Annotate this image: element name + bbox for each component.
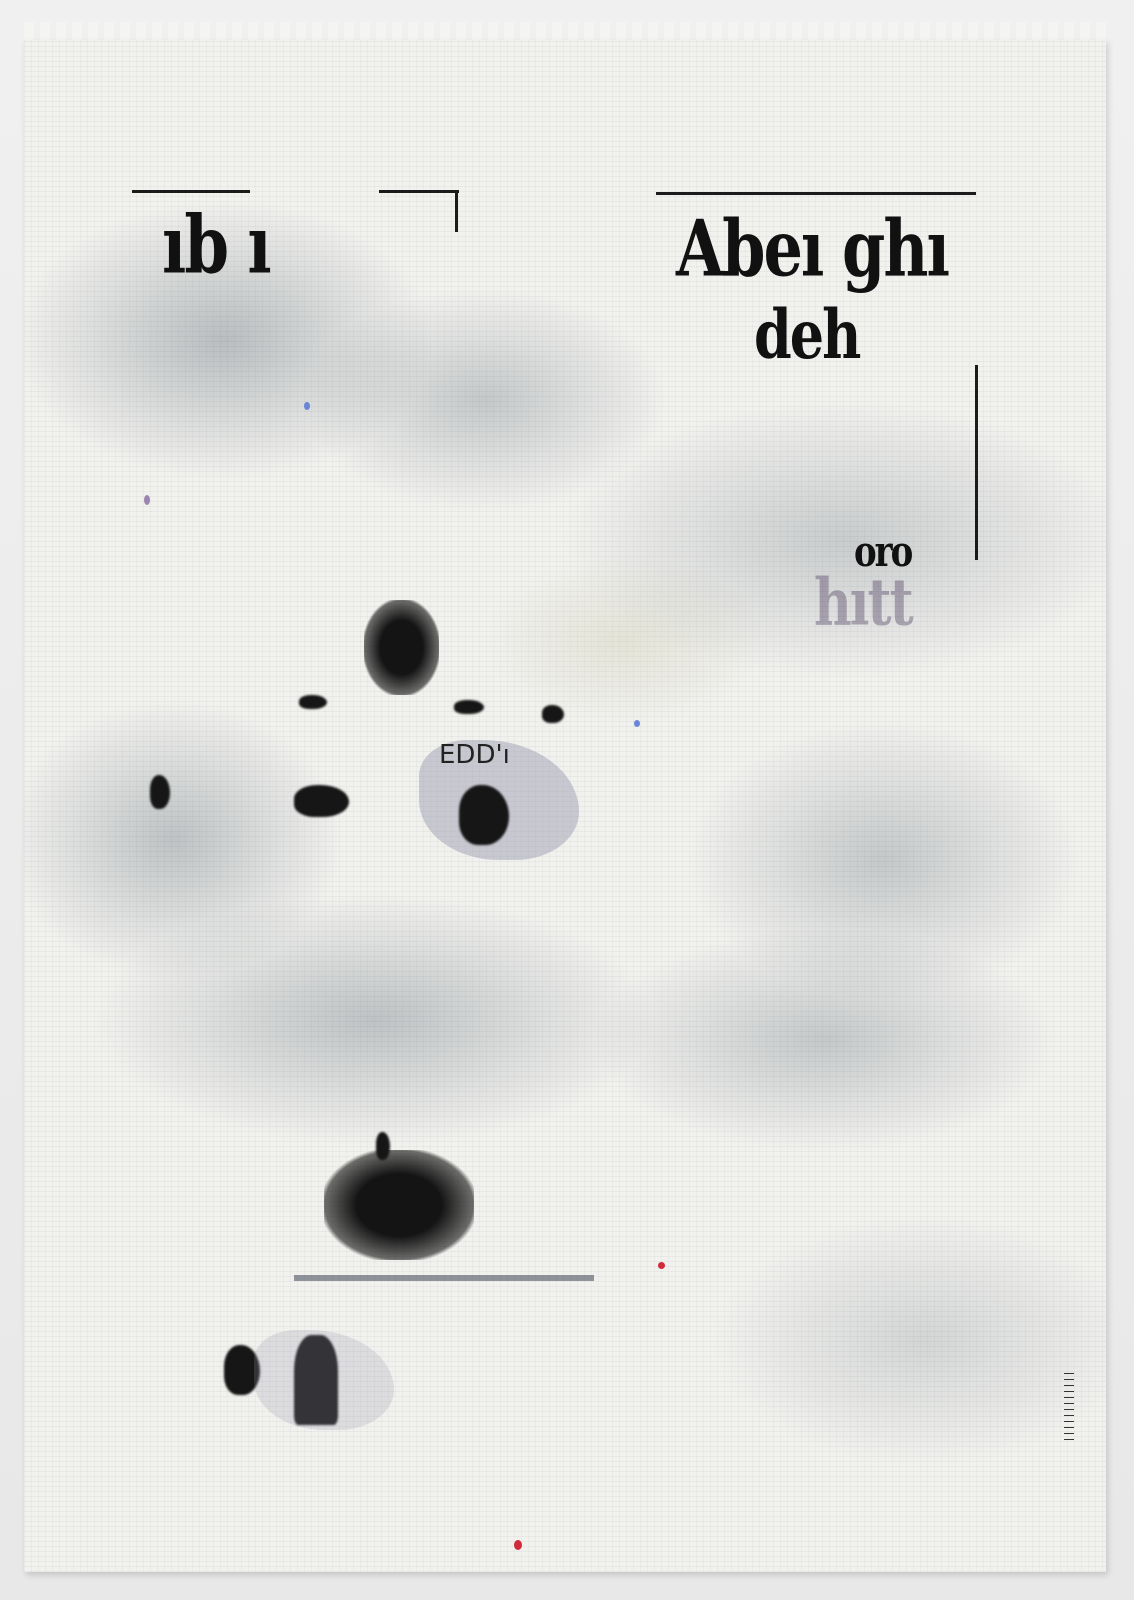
- ink-blob: [150, 775, 170, 809]
- blackletter-faded: hıtt: [814, 564, 912, 640]
- red-fleck: [658, 1262, 665, 1269]
- ink-blob: [454, 700, 484, 714]
- violet-fleck: [144, 495, 150, 505]
- graffiti-text: EDD'ı: [439, 740, 510, 770]
- red-fleck: [514, 1540, 522, 1550]
- photo-scrap-lower: [254, 1330, 394, 1430]
- blackletter-left: ıb ı: [162, 199, 270, 293]
- frame-vrule-right: [975, 365, 978, 560]
- blue-fleck: [304, 402, 310, 410]
- figure-group-upper: [364, 600, 439, 695]
- figure-group-lower: [324, 1150, 474, 1260]
- platform-edge: [294, 1275, 594, 1281]
- ink-blob: [542, 705, 564, 723]
- frame-rule-right: [656, 192, 976, 195]
- blackletter-right-1: Abeı ghı: [676, 203, 948, 294]
- ink-blob: [459, 785, 509, 845]
- collage-paper: ıb ı Abeı ghı deh oro hıtt EDD'ı: [24, 40, 1106, 1572]
- blue-fleck: [634, 720, 640, 727]
- blackletter-right-2: deh: [754, 294, 859, 374]
- ruler-tick-marks: [1064, 1370, 1074, 1440]
- frame-vrule-left: [455, 190, 458, 232]
- ink-blob: [294, 785, 349, 817]
- raised-arms-figure: [376, 1132, 390, 1160]
- frame-rule-left-b: [379, 190, 459, 193]
- frame-rule-left: [132, 190, 250, 193]
- ink-blob: [299, 695, 327, 709]
